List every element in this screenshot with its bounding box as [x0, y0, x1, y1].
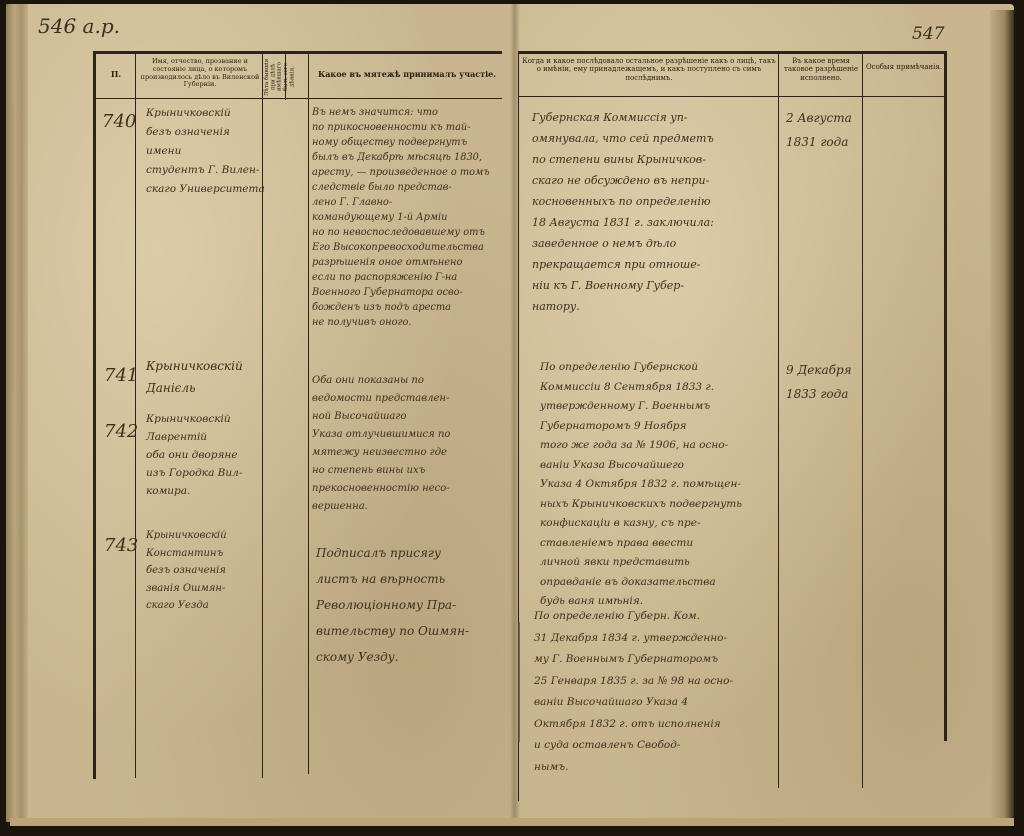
header-participation: Какое въ мятежѣ принималъ участіе.: [312, 70, 502, 80]
entry-name: Крыничковскій безъ означенія имени студе…: [146, 104, 266, 199]
left-header-bottom-rule: [96, 98, 502, 99]
entry-number: 740: [102, 112, 136, 132]
header-resolution: Когда и какое послѣдовало остальное разр…: [522, 57, 776, 82]
ledger-spread: 546 а.р. 547 П. Имя, отчество, прозвание…: [0, 0, 1024, 836]
entry-number: 743: [104, 536, 138, 556]
left-page-edge: [6, 4, 28, 822]
right-header-bottom-rule: [519, 96, 947, 97]
left-border-line: [93, 51, 96, 779]
entry-resolution: По определенію Губерн. Ком. 31 Декабря 1…: [534, 606, 780, 778]
header-vertical: Лѣта бывшія при дѣлѣ имѣвшаго быть сего …: [264, 57, 306, 97]
entry-participation: Подписалъ присягу листъ на вѣрность Рево…: [316, 540, 506, 670]
right-page-number: 547: [912, 24, 944, 44]
right-page-edge: [990, 10, 1014, 820]
entry-resolution: По определенію Губернской Коммиссіи 8 Се…: [540, 358, 780, 612]
header-executed-when: Въ какое время таковое разрѣшеніе исполн…: [780, 57, 862, 82]
entry-name: Крыничковскій Лаврентій оба они дворяне …: [146, 410, 266, 500]
header-name: Имя, отчество, прозвание и состояніе лиц…: [139, 58, 261, 89]
entry-number: 742: [104, 422, 138, 442]
entry-number: 741: [104, 366, 138, 386]
entry-executed: 2 Августа 1831 года: [786, 106, 862, 154]
entry-participation: Оба они показаны по ведомости представле…: [312, 372, 510, 516]
entry-executed: 9 Декабря 1833 года: [786, 358, 862, 406]
entry-participation: Въ немъ значится: что по прикосновенност…: [312, 105, 510, 330]
left-page-number: 546 а.р.: [38, 14, 120, 38]
col-line-executed: [862, 54, 863, 788]
col-line-number: [135, 54, 136, 778]
right-border-line: [944, 51, 947, 741]
header-remarks: Особыя примѣчанія.: [864, 63, 944, 71]
bottom-page-edge: [10, 818, 1014, 826]
entry-name: Крыничковскій Константинъ безъ означенія…: [146, 527, 266, 615]
col-line-vertical: [308, 54, 309, 774]
right-header-top-rule: [519, 51, 947, 54]
entry-name: Крыничковскій Данієль: [146, 355, 266, 399]
entry-bracket: [518, 622, 520, 742]
left-header-top-rule: [96, 51, 502, 54]
entry-resolution: Губернская Коммиссія уп- омянувала, что …: [532, 107, 778, 317]
header-number: П.: [97, 70, 135, 80]
